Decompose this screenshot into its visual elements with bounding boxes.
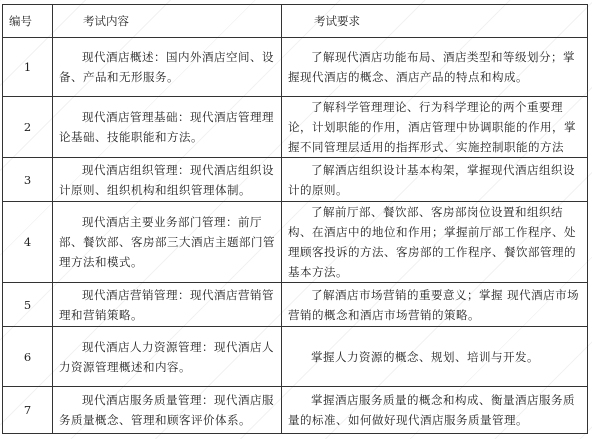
table-row: 1 现代酒店概述：国内外酒店空间、设备、产品和无形服务。 了解现代酒店功能布局、… [3, 38, 588, 97]
row-requirement: 了解科学管理理论、行为科学理论的两个重要理论，计划职能的作用，酒店管理中协调职能… [282, 97, 588, 158]
table-row: 5 现代酒店营销管理：现代酒店营销管理和营销策略。 了解酒店市场营销的重要意义；… [3, 283, 588, 327]
table-row: 4 现代酒店主要业务部门管理：前厅部、餐饮部、客房部三大酒店主题部门管理方法和模… [3, 202, 588, 283]
table-row: 3 现代酒店组织管理：现代酒店组织设计原则、组织机构和组织管理体制。 了解酒店组… [3, 158, 588, 202]
row-requirement: 了解现代酒店功能布局、酒店类型和等级划分；掌握现代酒店的概念、酒店产品的特点和构… [282, 38, 588, 97]
row-content: 现代酒店服务质量管理：现代酒店服务质量概念、管理和顾客评价体系。 [53, 387, 282, 434]
header-number: 编号 [3, 5, 53, 38]
row-requirement: 掌握酒店服务质量的概念和构成、衡量酒店服务质量的标准、如何做好现代酒店服务质量管… [282, 387, 588, 434]
header-row: 编号 考试内容 考试要求 [3, 5, 588, 38]
row-content: 现代酒店主要业务部门管理：前厅部、餐饮部、客房部三大酒店主题部门管理方法和模式。 [53, 202, 282, 283]
header-content: 考试内容 [53, 5, 282, 38]
table-row: 7 现代酒店服务质量管理：现代酒店服务质量概念、管理和顾客评价体系。 掌握酒店服… [3, 387, 588, 434]
row-content: 现代酒店营销管理：现代酒店营销管理和营销策略。 [53, 283, 282, 327]
row-number: 2 [3, 97, 53, 158]
row-content: 现代酒店人力资源管理：现代酒店人力资源管理概述和内容。 [53, 327, 282, 387]
row-number: 5 [3, 283, 53, 327]
row-requirement: 了解前厅部、餐饮部、客房部岗位设置和组织结构、在酒店中的地位和作用；掌握前厅部工… [282, 202, 588, 283]
row-requirement: 了解酒店市场营销的重要意义；掌握 现代酒店市场营销的概念和酒店市场营销的策略。 [282, 283, 588, 327]
row-number: 6 [3, 327, 53, 387]
row-number: 3 [3, 158, 53, 202]
row-requirement: 掌握人力资源的概念、规划、培训与开发。 [282, 327, 588, 387]
row-content: 现代酒店概述：国内外酒店空间、设备、产品和无形服务。 [53, 38, 282, 97]
header-requirement: 考试要求 [282, 5, 588, 38]
row-requirement: 了解酒店组织设计基本构架，掌握现代酒店组织设计的原则。 [282, 158, 588, 202]
table-row: 6 现代酒店人力资源管理：现代酒店人力资源管理概述和内容。 掌握人力资源的概念、… [3, 327, 588, 387]
row-content: 现代酒店组织管理：现代酒店组织设计原则、组织机构和组织管理体制。 [53, 158, 282, 202]
row-number: 4 [3, 202, 53, 283]
row-number: 1 [3, 38, 53, 97]
row-content: 现代酒店管理基础：现代酒店管理理论基础、技能职能和方法。 [53, 97, 282, 158]
row-number: 7 [3, 387, 53, 434]
table-row: 2 现代酒店管理基础：现代酒店管理理论基础、技能职能和方法。 了解科学管理理论、… [3, 97, 588, 158]
exam-table: 编号 考试内容 考试要求 1 现代酒店概述：国内外酒店空间、设备、产品和无形服务… [2, 4, 588, 434]
